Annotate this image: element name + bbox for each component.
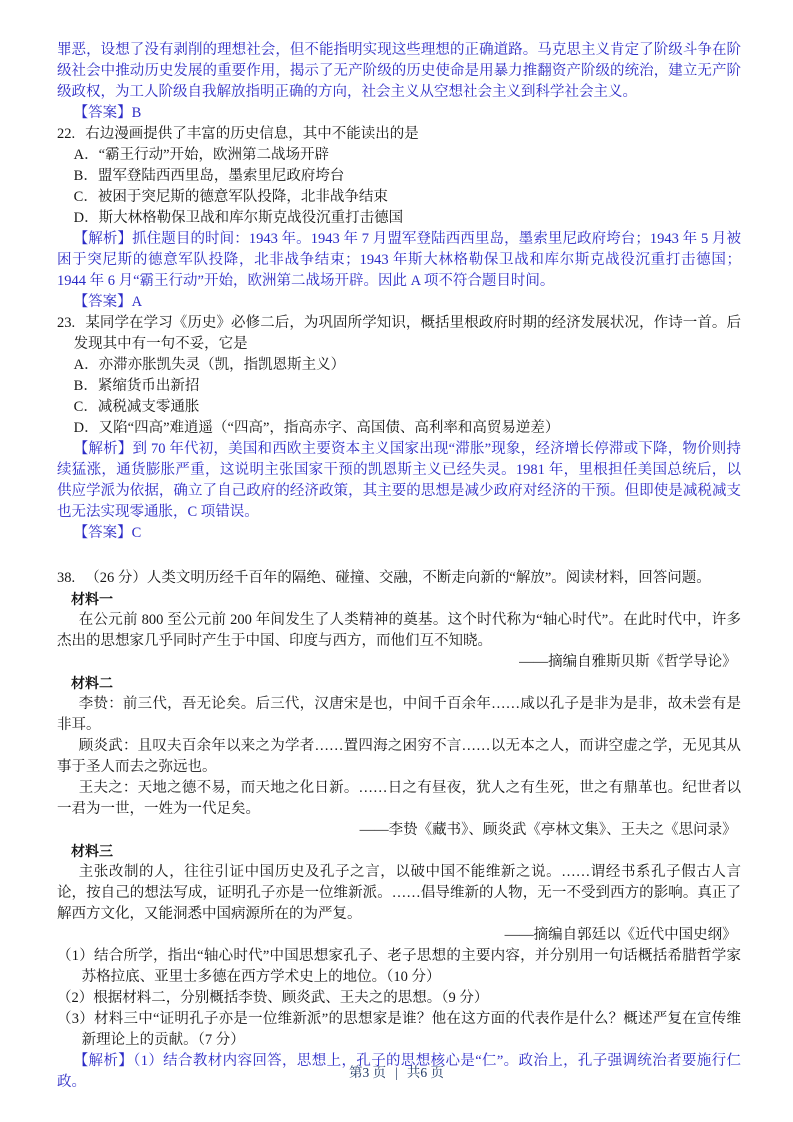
answer-line: 【答案】C (57, 523, 741, 544)
question-stem: 38.（26 分）人类文明历经千百年的隔绝、碰撞、交融，不断走向新的“解放”。阅… (57, 568, 741, 589)
answer-value: A (132, 294, 142, 310)
question-number: 38. (57, 570, 75, 586)
material-paragraph: 王夫之：天地之德不易，而天地之化日新。……日之有昼夜，犹人之有生死，世之有鼎革也… (57, 778, 741, 820)
question-stem-text: 某同学在学习《历史》必修二后，为巩固所学知识，概括里根政府时期的经济发展状况，作… (74, 315, 741, 352)
analysis-label: 【解析】 (74, 441, 133, 457)
analysis-text: 到 70 年代初，美国和西欧主要资本主义国家出现“滞胀”现象，经济增长停滞或下降… (57, 441, 741, 520)
analysis-text: 抓住题目的时间：1943 年。1943 年 7 月盟军登陆西西里岛，墨索里尼政府… (57, 231, 741, 289)
answer-value: C (132, 525, 142, 541)
material-3: 材料三 主张改制的人，往往引证中国历史及孔子之言，以破中国不能维新之说。……谓经… (57, 841, 741, 946)
footer-total-pages: 共6 页 (407, 1065, 444, 1080)
option-item: A．亦滞亦胀凯失灵（凯，指凯恩斯主义） (57, 355, 741, 376)
footer-separator: | (395, 1065, 398, 1080)
sub-question-marker: （1） (57, 948, 94, 964)
question-38: 38.（26 分）人类文明历经千百年的隔绝、碰撞、交融，不断走向新的“解放”。阅… (57, 568, 741, 1093)
page-footer: 第3 页|共6 页 (0, 1062, 793, 1083)
option-item: C．被困于突尼斯的德意军队投降，北非战争结束 (57, 187, 741, 208)
sub-question-3: （3）材料三中“证明孔子亦是一位维新派”的思想家是谁？他在这方面的代表作是什么？… (57, 1009, 741, 1051)
option-item: C．减税减支零通胀 (57, 397, 741, 418)
material-heading: 材料三 (57, 841, 741, 862)
material-source: ——摘编自郭廷以《近代中国史纲》 (57, 925, 741, 946)
sub-question-text: 结合所学，指出“轴心时代”中国思想家孔子、老子思想的主要内容，并分别用一句话概括… (82, 948, 741, 985)
question-stem: 23.某同学在学习《历史》必修二后，为巩固所学知识，概括里根政府时期的经济发展状… (57, 313, 741, 355)
answer-label: 【答案】 (74, 105, 132, 121)
material-paragraph: 在公元前 800 至公元前 200 年间发生了人类精神的奠基。这个时代称为“轴心… (57, 610, 741, 652)
analysis-label: 【解析】 (74, 231, 132, 247)
question-number: 22. (57, 126, 75, 142)
footer-page-number: 第3 页 (349, 1065, 386, 1080)
question-stem-text: 右边漫画提供了丰富的历史信息，其中不能读出的是 (85, 126, 419, 142)
answer-value: B (132, 105, 142, 121)
option-item: D．斯大林格勒保卫战和库尔斯克战役沉重打击德国 (57, 208, 741, 229)
question-stem-text: （26 分）人类文明历经千百年的隔绝、碰撞、交融，不断走向新的“解放”。阅读材料… (85, 570, 711, 586)
material-source: ——摘编自雅斯贝斯《哲学导论》 (57, 652, 741, 673)
question-23: 23.某同学在学习《历史》必修二后，为巩固所学知识，概括里根政府时期的经济发展状… (57, 313, 741, 544)
material-paragraph: 顾炎武：且叹夫百余年以来之为学者……置四海之困穷不言……以无本之人，而讲空虚之学… (57, 736, 741, 778)
question-number: 23. (57, 315, 75, 331)
sub-question-2: （2）根据材料二，分别概括李贽、顾炎武、王夫之的思想。（9 分） (57, 988, 741, 1009)
material-1: 材料一 在公元前 800 至公元前 200 年间发生了人类精神的奠基。这个时代称… (57, 589, 741, 673)
answer-line-q21: 【答案】B (57, 103, 741, 124)
sub-question-text: 材料三中“证明孔子亦是一位维新派”的思想家是谁？他在这方面的代表作是什么？概述严… (82, 1011, 741, 1048)
material-2: 材料二 李贽：前三代，吾无论矣。后三代，汉唐宋是也，中间千百余年……咸以孔子是非… (57, 673, 741, 841)
sub-question-marker: （3） (57, 1011, 94, 1027)
analysis-line: 【解析】到 70 年代初，美国和西欧主要资本主义国家出现“滞胀”现象，经济增长停… (57, 439, 741, 523)
option-item: B．盟军登陆西西里岛，墨索里尼政府垮台 (57, 166, 741, 187)
question-stem: 22.右边漫画提供了丰富的历史信息，其中不能读出的是 (57, 124, 741, 145)
option-item: D．又陷“四高”难逍遥（“四高”，指高赤字、高国债、高利率和高贸易逆差） (57, 418, 741, 439)
sub-question-marker: （2） (57, 990, 93, 1006)
material-source: ——李贽《藏书》、顾炎武《亭林文集》、王夫之《思问录》 (57, 820, 741, 841)
option-item: B．紧缩货币出新招 (57, 376, 741, 397)
material-paragraph: 主张改制的人，往往引证中国历史及孔子之言，以破中国不能维新之说。……谓经书系孔子… (57, 862, 741, 925)
answer-line: 【答案】A (57, 292, 741, 313)
sub-question-text: 根据材料二，分别概括李贽、顾炎武、王夫之的思想。（9 分） (93, 990, 488, 1006)
question-22: 22.右边漫画提供了丰富的历史信息，其中不能读出的是 A．“霸王行动”开始，欧洲… (57, 124, 741, 313)
material-heading: 材料一 (57, 589, 741, 610)
answer-label: 【答案】 (74, 294, 132, 310)
analysis-line: 【解析】抓住题目的时间：1943 年。1943 年 7 月盟军登陆西西里岛，墨索… (57, 229, 741, 292)
answer-label: 【答案】 (74, 525, 132, 541)
option-item: A．“霸王行动”开始，欧洲第二战场开辟 (57, 145, 741, 166)
sub-question-1: （1）结合所学，指出“轴心时代”中国思想家孔子、老子思想的主要内容，并分别用一句… (57, 946, 741, 988)
exam-answer-page: 罪恶，设想了没有剥削的理想社会，但不能指明实现这些理想的正确道路。马克思主义肯定… (0, 0, 793, 1122)
material-paragraph: 李贽：前三代，吾无论矣。后三代，汉唐宋是也，中间千百余年……咸以孔子是非为是非，… (57, 694, 741, 736)
material-heading: 材料二 (57, 673, 741, 694)
analysis-continuation-text: 罪恶，设想了没有剥削的理想社会，但不能指明实现这些理想的正确道路。马克思主义肯定… (57, 40, 741, 103)
